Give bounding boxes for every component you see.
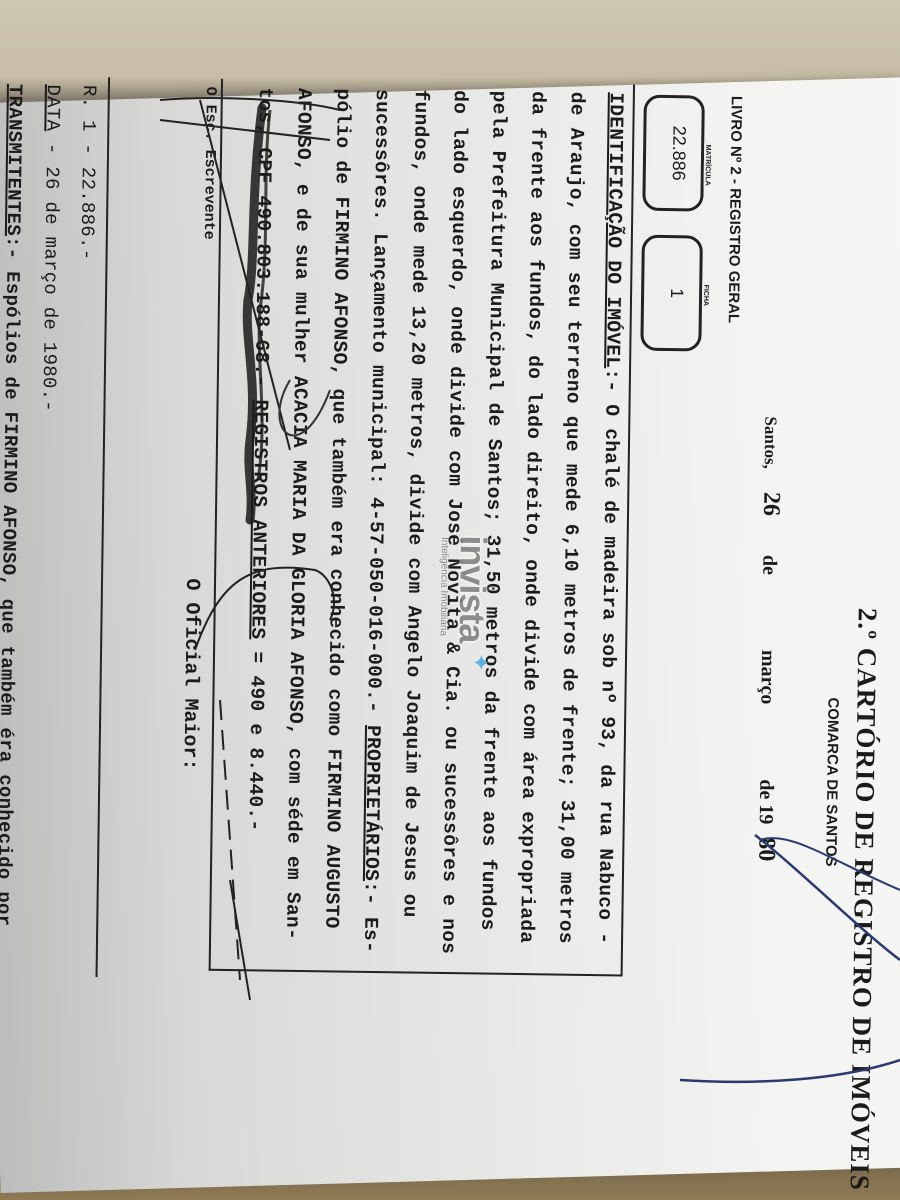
oficial-maior-label: O Oficial Maior:: [177, 578, 203, 770]
ficha-box: FICHA 1: [640, 235, 703, 352]
ficha-value: 1: [665, 238, 688, 348]
registration-line: DATA - 26 de março de 1980.-: [37, 84, 64, 412]
identification-line: IDENTIFICAÇÃO DO IMÓVEL:- O chalé de mad…: [593, 92, 627, 944]
watermark-tagline: Inteligência Imobiliária: [438, 537, 450, 636]
ficha-label: FICHA: [702, 283, 709, 308]
identification-line: sucessôres. Lançamento municipal: 4-57-0…: [359, 89, 393, 953]
escrevente-label: O Esc. Escrevente: [200, 87, 219, 240]
identification-line: pela Prefeitura Municipal de Santos; 31,…: [476, 91, 510, 931]
date-de: de: [757, 555, 780, 575]
watermark-star-icon: ✦: [463, 653, 500, 672]
identification-line: pólio de FIRMINO AFONSO, que também era …: [320, 88, 354, 928]
book-label: LIVRO Nº 2 - REGISTRO GERAL: [725, 96, 745, 323]
signature-area: O Esc. Escrevente O Oficial Maior:: [93, 77, 225, 969]
matricula-label: MATRÍCULA: [704, 143, 712, 188]
date-year: 80: [752, 837, 779, 861]
registration-line: TRANSMITENTES:- Espólios de FIRMINO AFON…: [0, 84, 26, 927]
registration-line: R. 1 - 22.886.-: [76, 85, 100, 261]
identification-line: de Araujo, com seu terreno que mede 6,10…: [554, 92, 588, 944]
identification-line: do lado esquerdo, onde divide com José N…: [437, 90, 471, 954]
identification-line: fundos, onde mede 13,20 metros, divide c…: [398, 89, 432, 917]
identification-frame: IDENTIFICAÇÃO DO IMÓVEL:- O chalé de mad…: [209, 79, 635, 977]
identification-line: AFONSO, e de sua mulher ACACIA MARIA DA …: [281, 88, 315, 940]
registration-frame: R. 1 - 22.886.- DATA - 26 de março de 19…: [0, 72, 110, 977]
date-month: março: [755, 650, 779, 705]
comarca-label: COMARCA DE SANTOS: [822, 697, 841, 866]
date-day: 26: [757, 492, 784, 516]
watermark-brand: invista: [451, 535, 494, 643]
identification-line: da frente aos fundos, do lado direito, o…: [515, 91, 549, 943]
matricula-value: 22.886: [667, 98, 690, 208]
date-line: Santos, 26 de março de 19 80: [748, 416, 785, 1136]
date-century: de 19: [754, 779, 778, 824]
matricula-box: MATRÍCULA 22.886: [642, 95, 705, 212]
date-place: Santos,: [760, 416, 781, 469]
identification-line: tos, CPF 490.803.188-68.- REGISTROS ANTE…: [244, 87, 276, 831]
invista-watermark: invista ✦ Inteligência Imobiliária: [392, 534, 494, 685]
